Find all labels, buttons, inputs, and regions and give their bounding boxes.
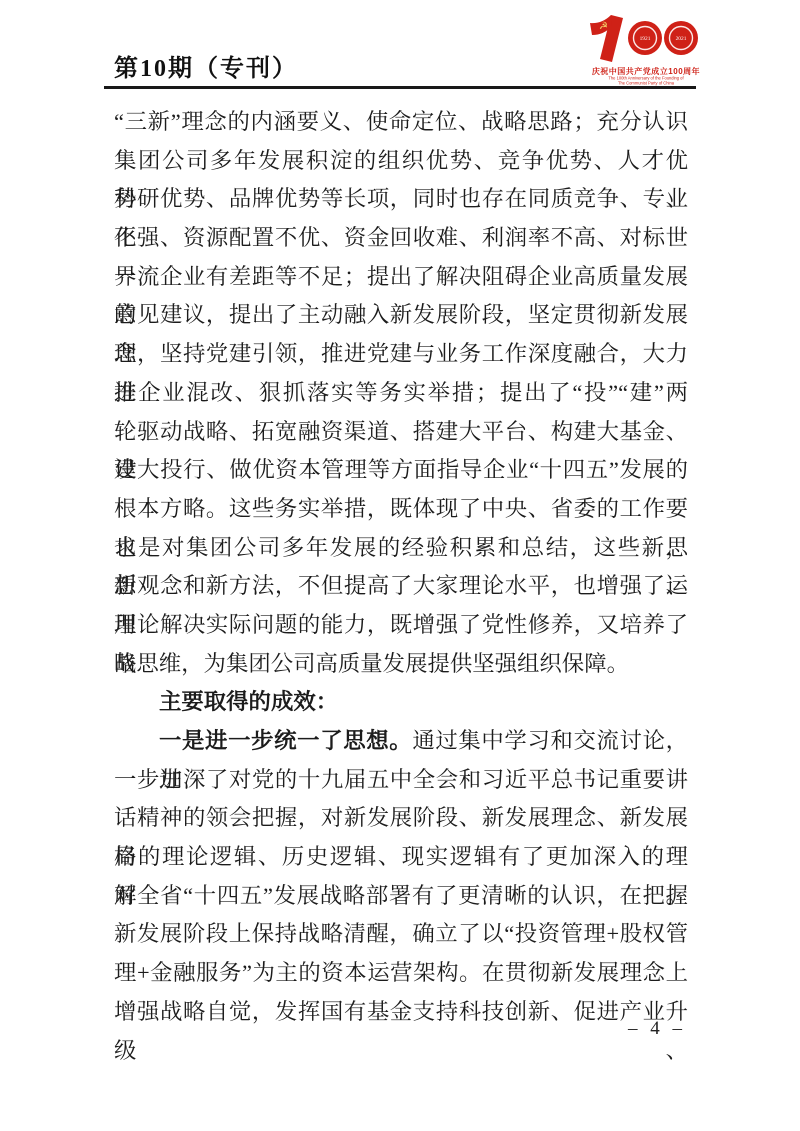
body-line: 科研优势、品牌优势等长项，同时也存在同质竞争、专业化 [114, 180, 688, 219]
body-line: 对全省“十四五”发展战略部署有了更清晰的认识，在把握 [114, 877, 688, 916]
body-text: 进企业混改、狠抓落实等务实举措；提出了“投”“建”两 [114, 380, 688, 405]
body-line: 意见建议，提出了主动融入新发展阶段，坚定贯彻新发展理 [114, 296, 688, 335]
body-line: 进企业混改、狠抓落实等务实举措；提出了“投”“建”两 [114, 374, 688, 413]
body-line: 理+金融服务”为主的资本运营架构。在贯彻新发展理念上 [114, 954, 688, 993]
document-body: “三新”理念的内涵要义、使命定位、战略思路；充分认识集团公司多年发展积淀的组织优… [114, 103, 688, 1032]
body-text: 一步加深了对党的十九届五中全会和习近平总书记重要讲 [114, 767, 688, 792]
body-text: 对全省“十四五”发展战略部署有了更清晰的认识，在把握 [114, 883, 688, 908]
body-text: 理+金融服务”为主的资本运营架构。在贯彻新发展理念上 [114, 960, 688, 985]
body-line: “三新”理念的内涵要义、使命定位、战略思路；充分认识 [114, 103, 688, 142]
cpc-100th-anniversary-logo: ☭ 1921 2021 庆祝中国共产党成立100周年 The 100th Ann… [586, 12, 706, 88]
header-divider [104, 86, 696, 89]
body-text-bold: 主要取得的成效： [159, 689, 338, 714]
body-text: 新发展阶段上保持战略清醒，确立了以“投资管理+股权管 [114, 921, 688, 946]
document-page: 第10期（专刊） ☭ 1921 2021 庆祝中国共产党成立100周年 The … [0, 0, 800, 1131]
body-line: 略思维，为集团公司高质量发展提供坚强组织保障。 [114, 645, 688, 684]
body-line: 话精神的领会把握，对新发展阶段、新发展理念、新发展格 [114, 799, 688, 838]
body-line: 轮驱动战略、拓宽融资渠道、搭建大平台、构建大基金、建 [114, 413, 688, 452]
body-line: 理论解决实际问题的能力，既增强了党性修养，又培养了战 [114, 606, 688, 645]
body-text-bold: 一是进一步统一了思想。 [159, 728, 412, 753]
body-line: 新观念和新方法，不但提高了大家理论水平，也增强了运用 [114, 567, 688, 606]
body-text: 增强战略自觉，发挥国有基金支持科技创新、促进产业升级、 [114, 999, 688, 1063]
body-line: 局的理论逻辑、历史逻辑、现实逻辑有了更加深入的理解。 [114, 838, 688, 877]
page-number: – 4 – [612, 1018, 702, 1040]
body-line: 增强战略自觉，发挥国有基金支持科技创新、促进产业升级、 [114, 993, 688, 1032]
body-line: 不强、资源配置不优、资金回收难、利润率不高、对标世界 [114, 219, 688, 258]
logo-year-1921: 1921 [640, 36, 651, 42]
body-line: 主要取得的成效： [114, 683, 688, 722]
body-line: 也是对集团公司多年发展的经验积累和总结，这些新思想、 [114, 529, 688, 568]
logo-100-icon: ☭ 1921 2021 [590, 12, 702, 62]
body-line: 集团公司多年发展积淀的组织优势、竞争优势、人才优势、 [114, 142, 688, 181]
body-text: 略思维，为集团公司高质量发展提供坚强组织保障。 [114, 651, 629, 676]
body-line: 念，坚持党建引领，推进党建与业务工作深度融合，大力推 [114, 335, 688, 374]
body-line: 一步加深了对党的十九届五中全会和习近平总书记重要讲 [114, 761, 688, 800]
body-line: 设大投行、做优资本管理等方面指导企业“十四五”发展的 [114, 451, 688, 490]
body-text: 设大投行、做优资本管理等方面指导企业“十四五”发展的 [114, 457, 688, 482]
issue-label: 第10期（专刊） [114, 48, 298, 83]
body-line: 根本方略。这些务实举措，既体现了中央、省委的工作要求， [114, 490, 688, 529]
body-line: 新发展阶段上保持战略清醒，确立了以“投资管理+股权管 [114, 915, 688, 954]
body-text: “三新”理念的内涵要义、使命定位、战略思路；充分认识 [114, 109, 688, 134]
body-line: 一流企业有差距等不足；提出了解决阻碍企业高质量发展的 [114, 258, 688, 297]
logo-year-2021: 2021 [676, 36, 687, 42]
hammer-sickle-icon: ☭ [599, 21, 608, 32]
body-line: 一是进一步统一了思想。通过集中学习和交流讨论，进 [114, 722, 688, 761]
